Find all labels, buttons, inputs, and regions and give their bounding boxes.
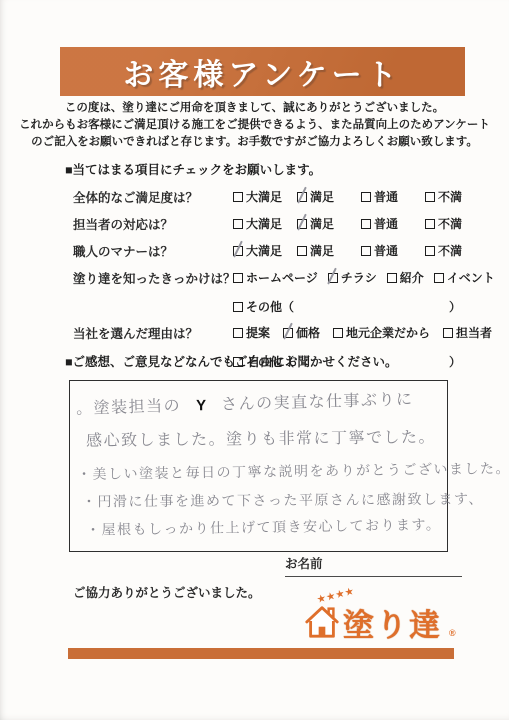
page-title: お客様アンケート bbox=[123, 50, 401, 94]
option-satisfaction[interactable]: 大満足 bbox=[233, 188, 297, 205]
intro-line: この度は、塗り達にご用命を頂きまして、誠にありがとうございました。 bbox=[0, 100, 509, 117]
option-satisfaction[interactable]: 満足 bbox=[297, 242, 361, 259]
option-label: 不満 bbox=[438, 242, 462, 259]
option-channel[interactable]: ホームページ bbox=[233, 269, 318, 286]
checkbox-icon[interactable] bbox=[361, 246, 371, 256]
option-satisfaction[interactable]: 不満 bbox=[425, 242, 489, 259]
option-label: 価格 bbox=[296, 324, 320, 341]
handwritten-comment-line: ・美しい塗装と毎日の丁寧な説明をありがとうございました。 bbox=[77, 458, 509, 484]
survey-question-row: 全体的なご満足度は？ 大満足 満足 普通 不満 bbox=[73, 188, 467, 206]
name-field[interactable]: お名前 bbox=[285, 554, 462, 577]
checkbox-icon[interactable] bbox=[233, 302, 243, 312]
comment-freeform-box[interactable]: 。塗装担当のYさんの実直な仕事ぶりに 感心致しました。塗りも非常に丁寧でした。 … bbox=[69, 380, 448, 552]
thanks-text: ご協力ありがとうございました。 bbox=[73, 583, 261, 601]
options-group: 提案 価格 地元企業だから 担当者 bbox=[233, 324, 461, 341]
option-satisfaction[interactable]: 普通 bbox=[361, 188, 425, 205]
survey-question-row: 職人のマナーは？ 大満足 満足 普通 不満 bbox=[73, 242, 467, 260]
options-group: 大満足 満足 普通 不満 bbox=[233, 242, 489, 259]
checkbox-icon[interactable] bbox=[328, 273, 338, 283]
bottom-accent-bar bbox=[68, 648, 454, 659]
checkbox-icon[interactable] bbox=[443, 328, 453, 338]
comments-heading: ■ご感想、ご意見などなんでもご自由にお聞かせください。 bbox=[65, 352, 467, 370]
question-label: 担当者の対応は？ bbox=[73, 215, 233, 233]
option-channel[interactable]: イベント bbox=[434, 269, 495, 286]
option-satisfaction[interactable]: 満足 bbox=[297, 215, 361, 232]
option-reason[interactable]: 地元企業だから bbox=[333, 324, 430, 341]
option-channel[interactable]: 紹介 bbox=[387, 269, 424, 286]
handwritten-comment-line: ・屋根もしっかり仕上げて頂き安心しております。 bbox=[86, 514, 442, 540]
option-label: 担当者 bbox=[456, 324, 492, 341]
option-satisfaction[interactable]: 不満 bbox=[425, 215, 489, 232]
intro-line: のご記入をお願いできればと存じます。お手数ですがご協力よろしくお願い致します。 bbox=[0, 134, 509, 151]
option-label: 不満 bbox=[438, 215, 462, 232]
option-satisfaction[interactable]: 大満足 bbox=[233, 242, 297, 259]
checkbox-icon[interactable] bbox=[387, 273, 397, 283]
handwritten-comment-line: 感心致しました。塗りも非常に丁寧でした。 bbox=[86, 424, 436, 451]
checkbox-icon[interactable] bbox=[233, 192, 243, 202]
checkbox-icon[interactable] bbox=[425, 192, 435, 202]
option-reason[interactable]: 価格 bbox=[283, 324, 320, 341]
house-icon bbox=[303, 602, 341, 640]
checkbox-icon[interactable] bbox=[233, 328, 243, 338]
checkbox-icon[interactable] bbox=[233, 219, 243, 229]
checkbox-icon[interactable] bbox=[233, 246, 243, 256]
option-label: チラシ bbox=[341, 269, 377, 286]
handwritten-comment-line: ・円滑に仕事を進めて下さった平原さんに感謝致します、 bbox=[82, 489, 484, 512]
checkbox-icon[interactable] bbox=[434, 273, 444, 283]
checklist-section: ■当てはまる項目にチェックをお願いします。 全体的なご満足度は？ 大満足 満足 … bbox=[65, 160, 467, 379]
option-label: ホームページ bbox=[246, 269, 318, 286]
checkbox-icon[interactable] bbox=[425, 219, 435, 229]
option-label: 普通 bbox=[374, 242, 398, 259]
option-label: 大満足 bbox=[246, 215, 282, 232]
survey-question-row: 塗り達を知ったきっかけは？ ホームページ チラシ 紹介 イベント その他（ ） bbox=[73, 269, 467, 315]
option-channel[interactable]: チラシ bbox=[328, 269, 377, 286]
paren-close: ） bbox=[449, 298, 461, 315]
checkbox-icon[interactable] bbox=[361, 219, 371, 229]
checkbox-icon[interactable] bbox=[297, 246, 307, 256]
name-label: お名前 bbox=[285, 557, 323, 571]
options-group: 大満足 満足 普通 不満 bbox=[233, 215, 489, 232]
option-label: 普通 bbox=[374, 188, 398, 205]
option-satisfaction[interactable]: 大満足 bbox=[233, 215, 297, 232]
other-option-line: その他（ ） bbox=[233, 298, 461, 315]
option-label: 大満足 bbox=[246, 188, 282, 205]
checkbox-icon[interactable] bbox=[425, 246, 435, 256]
handwritten-comment-line: 。塗装担当のYさんの実直な仕事ぶりに bbox=[76, 386, 414, 418]
logo-wordmark: 塗り達 bbox=[343, 600, 442, 645]
intro-paragraph: この度は、塗り達にご用命を頂きまして、誠にありがとうございました。 これからもお… bbox=[0, 100, 509, 151]
registered-mark: ® bbox=[449, 628, 456, 638]
option-label: その他（ bbox=[246, 298, 294, 315]
checklist-heading: ■当てはまる項目にチェックをお願いします。 bbox=[65, 160, 467, 178]
option-label: 大満足 bbox=[246, 242, 282, 259]
comment-text: さんの実直な仕事ぶりに bbox=[221, 391, 414, 413]
comments-section: ■ご感想、ご意見などなんでもご自由にお聞かせください。 。塗装担当のYさんの実直… bbox=[65, 352, 467, 552]
option-satisfaction[interactable]: 満足 bbox=[297, 188, 361, 205]
option-label: 満足 bbox=[310, 242, 334, 259]
checkbox-icon[interactable] bbox=[297, 219, 307, 229]
option-label: 普通 bbox=[374, 215, 398, 232]
checkbox-icon[interactable] bbox=[233, 273, 243, 283]
question-label: 全体的なご満足度は？ bbox=[73, 188, 233, 206]
option-label: 不満 bbox=[438, 188, 462, 205]
header-banner: お客様アンケート bbox=[60, 47, 465, 96]
option-reason[interactable]: 担当者 bbox=[443, 324, 492, 341]
options-group: ホームページ チラシ 紹介 イベント bbox=[233, 269, 461, 286]
option-label: 紹介 bbox=[400, 269, 424, 286]
option-other[interactable]: その他（ bbox=[233, 298, 294, 315]
checkbox-icon[interactable] bbox=[333, 328, 343, 338]
option-satisfaction[interactable]: 普通 bbox=[361, 242, 425, 259]
option-satisfaction[interactable]: 不満 bbox=[425, 188, 489, 205]
comment-text: 。塗装担当の bbox=[76, 398, 181, 418]
intro-line: これからもお客様にご満足頂ける施工をご提供できるよう、また品質向上のためアンケー… bbox=[0, 117, 509, 134]
option-label: 満足 bbox=[310, 188, 334, 205]
option-label: 提案 bbox=[246, 324, 270, 341]
redacted-name: Y bbox=[196, 397, 206, 414]
option-reason[interactable]: 提案 bbox=[233, 324, 270, 341]
question-label: 当社を選んだ理由は？ bbox=[73, 324, 233, 342]
option-label: 満足 bbox=[310, 215, 334, 232]
question-label: 職人のマナーは？ bbox=[73, 242, 233, 260]
options-group: 大満足 満足 普通 不満 bbox=[233, 188, 489, 205]
checkbox-icon[interactable] bbox=[361, 192, 371, 202]
option-label: イベント bbox=[447, 269, 495, 286]
checkbox-icon[interactable] bbox=[283, 328, 293, 338]
option-label: 地元企業だから bbox=[346, 324, 430, 341]
survey-question-row: 担当者の対応は？ 大満足 満足 普通 不満 bbox=[73, 215, 467, 233]
survey-form-page: お客様アンケート この度は、塗り達にご用命を頂きまして、誠にありがとうございまし… bbox=[0, 0, 509, 720]
option-satisfaction[interactable]: 普通 bbox=[361, 215, 425, 232]
question-label: 塗り達を知ったきっかけは？ bbox=[73, 269, 233, 287]
checkbox-icon[interactable] bbox=[297, 192, 307, 202]
company-logo: ★★★★ 塗り達 ® bbox=[303, 592, 463, 648]
